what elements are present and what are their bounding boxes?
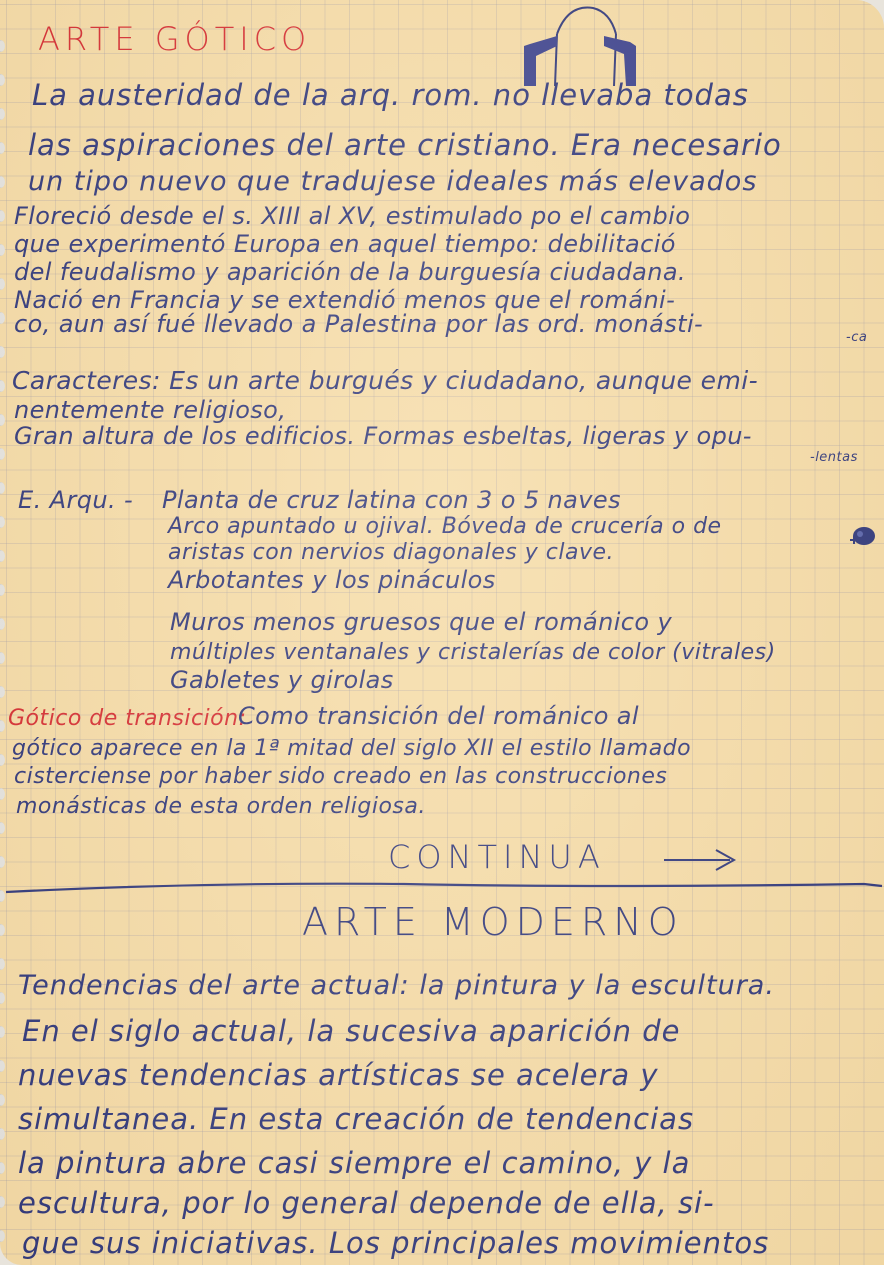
- gotico-intro-line: La austeridad de la arq. rom. no llevaba…: [32, 78, 749, 112]
- moderno-line: simultanea. En esta creación de tendenci…: [18, 1102, 694, 1136]
- section-title-arte-moderno: ARTE MODERNO: [302, 900, 684, 944]
- moderno-line: gue sus iniciativas. Los principales mov…: [22, 1226, 769, 1260]
- moderno-line: nuevas tendencias artísticas se acelera …: [18, 1058, 659, 1092]
- arquitectura-item: aristas con nervios diagonales y clave.: [168, 540, 614, 565]
- caracteres-line: Caracteres: Es un arte burgués y ciudada…: [12, 366, 758, 395]
- arquitectura-item: Muros menos gruesos que el románico y: [170, 608, 672, 636]
- arquitectura-item: Planta de cruz latina con 3 o 5 naves: [162, 486, 621, 514]
- moderno-line: Tendencias del arte actual: la pintura y…: [18, 970, 775, 1001]
- arquitectura-item: múltiples ventanales y cristalerías de c…: [170, 640, 776, 665]
- arrow-right-icon: [660, 846, 740, 874]
- arquitectura-item: Gabletes y girolas: [170, 666, 394, 694]
- caracteres-line: Gran altura de los edificios. Formas esb…: [14, 422, 752, 450]
- transicion-line: Como transición del románico al: [238, 702, 639, 730]
- caracteres-line: nentemente religioso,: [14, 396, 286, 424]
- gotico-intro-line: Floreció desde el s. XIII al XV, estimul…: [14, 202, 690, 230]
- section-title-arte-gotico: ARTE GÓTICO: [38, 20, 311, 58]
- gotico-intro-line: las aspiraciones del arte cristiano. Era…: [28, 128, 782, 162]
- arquitectura-item: Arbotantes y los pináculos: [168, 566, 496, 594]
- gotico-intro-line: -ca: [846, 330, 867, 345]
- transicion-line: monásticas de esta orden religiosa.: [16, 794, 426, 819]
- moderno-line: En el siglo actual, la sucesiva aparició…: [22, 1014, 681, 1048]
- moderno-line: la pintura abre casi siempre el camino, …: [18, 1146, 690, 1180]
- transicion-label: Gótico de transición:: [8, 706, 246, 731]
- notebook-page: ARTE GÓTICO La austeridad de la arq. rom…: [0, 0, 884, 1265]
- transicion-line: cisterciense por haber sido creado en la…: [14, 764, 667, 789]
- arquitectura-label: E. Arqu. -: [18, 486, 133, 514]
- gothic-arch-sketch-icon: [500, 6, 640, 86]
- caracteres-line: -lentas: [810, 450, 858, 465]
- gotico-intro-line: que experimentó Europa en aquel tiempo: …: [14, 230, 676, 258]
- transicion-line: gótico aparece en la 1ª mitad del siglo …: [12, 736, 691, 761]
- arquitectura-item: Arco apuntado u ojival. Bóveda de crucer…: [168, 514, 722, 539]
- continua-label: CONTINUA: [388, 838, 606, 876]
- gotico-intro-line: del feudalismo y aparición de la burgues…: [14, 258, 686, 286]
- gotico-intro-line: un tipo nuevo que tradujese ideales más …: [28, 166, 757, 197]
- gotico-intro-line: co, aun así fué llevado a Palestina por …: [14, 310, 703, 338]
- spiral-binding-holes: [0, 0, 6, 1265]
- ink-blot-icon: [848, 522, 878, 552]
- moderno-line: escultura, por lo general depende de ell…: [18, 1186, 715, 1220]
- section-divider-line: [4, 878, 884, 898]
